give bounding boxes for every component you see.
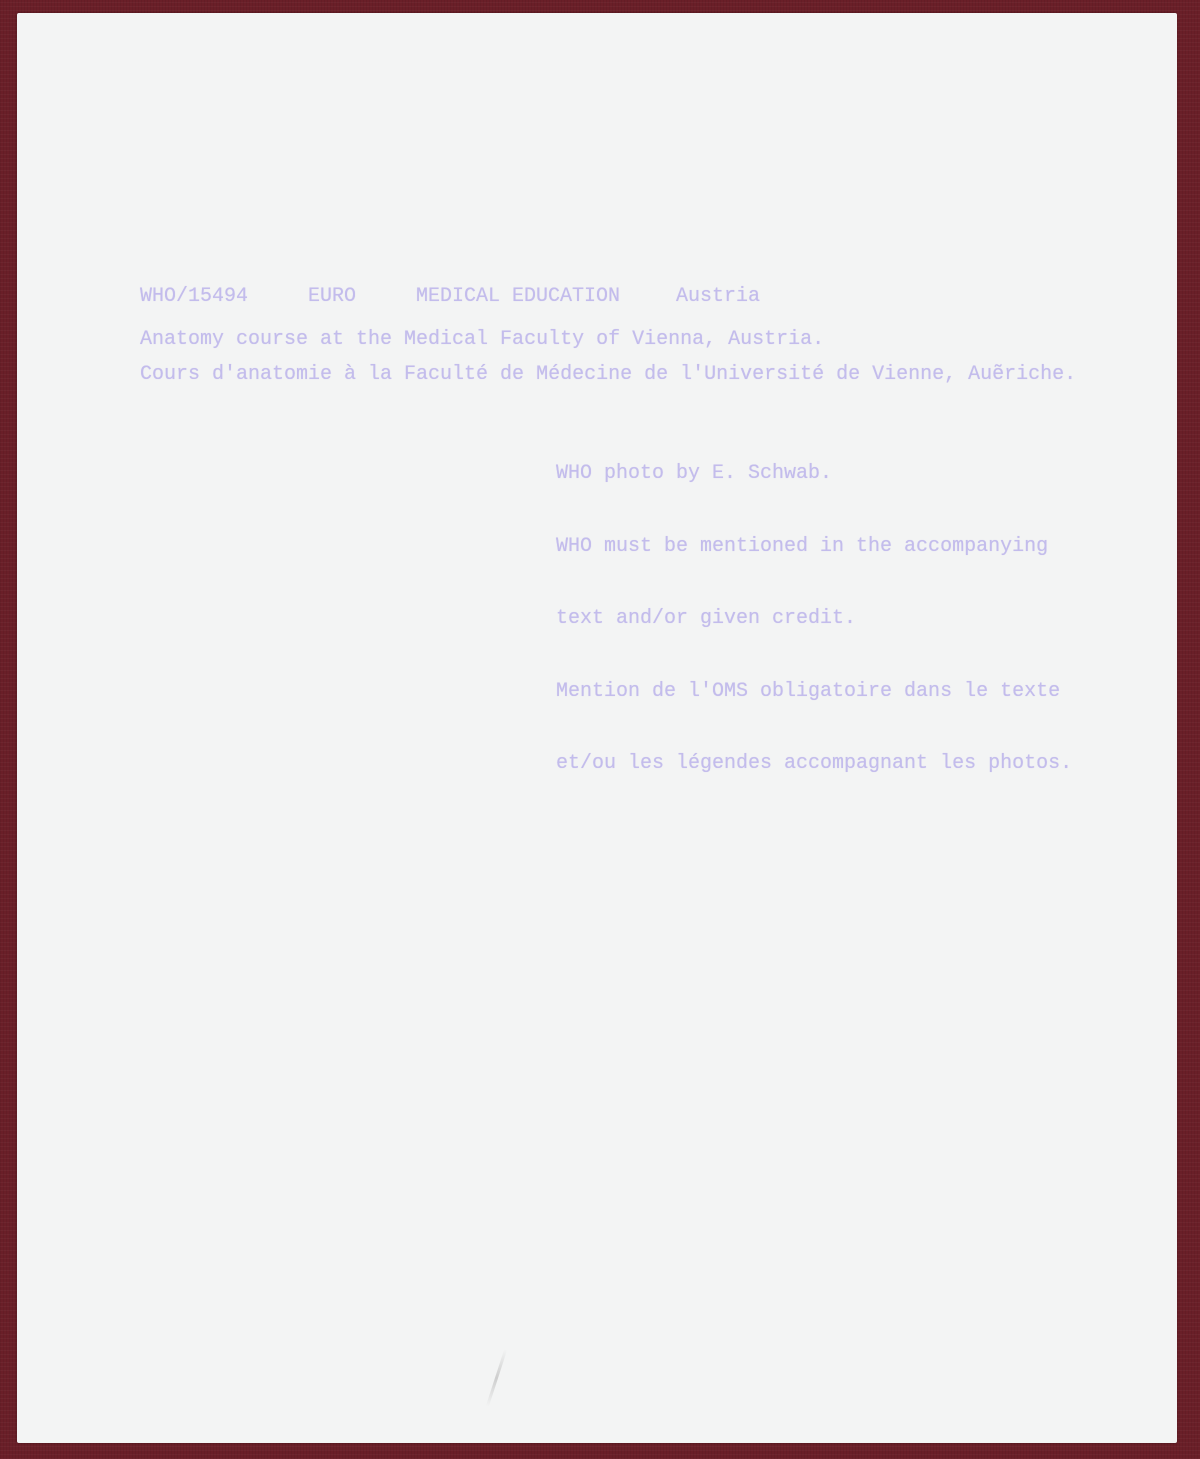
caption-french: Cours d'anatomie à la Faculté de Médecin…: [140, 363, 1076, 387]
subject-heading: MEDICAL EDUCATION: [416, 285, 620, 309]
caption-header: WHO/15494 EURO MEDICAL EDUCATION Austria: [140, 285, 188, 429]
region-code: EURO: [308, 285, 356, 309]
paper-scratch-mark: [486, 1349, 507, 1407]
country-name: Austria: [676, 285, 760, 309]
credit-line-requirement-en-2: text and/or given credit.: [556, 607, 1072, 632]
credit-line-requirement-fr-2: et/ou les légendes accompagnant les phot…: [556, 752, 1072, 777]
photo-credit-block: WHO photo by E. Schwab. WHO must be ment…: [556, 414, 1072, 825]
credit-line-photographer: WHO photo by E. Schwab.: [556, 462, 1072, 487]
credit-line-requirement-en-1: WHO must be mentioned in the accompanyin…: [556, 535, 1072, 560]
credit-line-requirement-fr-1: Mention de l'OMS obligatoire dans le tex…: [556, 680, 1072, 705]
photo-back-paper: WHO/15494 EURO MEDICAL EDUCATION Austria…: [17, 13, 1177, 1443]
reference-number: WHO/15494: [140, 285, 248, 309]
caption-english: Anatomy course at the Medical Faculty of…: [140, 328, 824, 352]
